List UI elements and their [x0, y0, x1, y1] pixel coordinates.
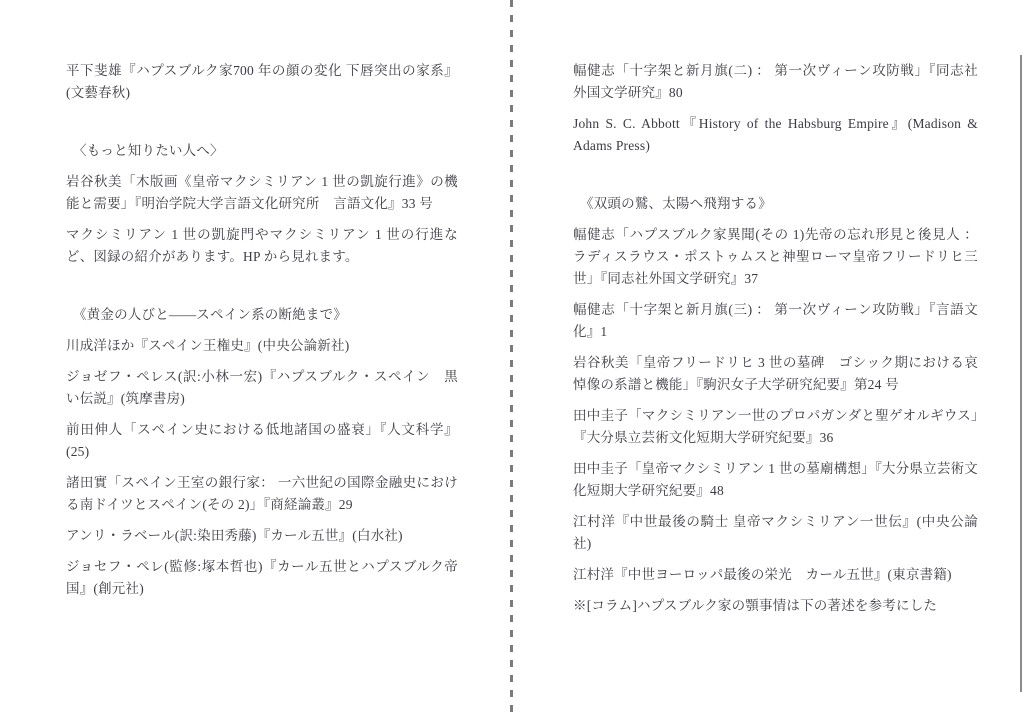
- bibliography-entry: 江村洋『中世最後の騎士 皇帝マクシミリアン一世伝』(中央公論社): [573, 511, 978, 555]
- bibliography-entry: 江村洋『中世ヨーロッパ最後の栄光 カール五世』(東京書籍): [573, 564, 978, 586]
- bibliography-entry: 幅健志「十字架と新月旗(二) ： 第一次ヴィーン攻防戦」『同志社外国文学研究』8…: [573, 60, 978, 104]
- bibliography-entry: 田中圭子「皇帝マクシミリアン 1 世の墓廟構想」『大分県立芸術文化短期大学研究紀…: [573, 458, 978, 502]
- bibliography-entry: 岩谷秋美「皇帝フリードリヒ 3 世の墓碑 ゴシック期における哀悼像の系譜と機能」…: [573, 352, 978, 396]
- bibliography-entry: 前田伸人「スペイン史における低地諸国の盛衰」『人文科学』(25): [66, 419, 458, 463]
- bibliography-entry: 川成洋ほか『スペイン王権史』(中央公論新社): [66, 335, 458, 357]
- page-divider-dashed-line: [510, 0, 513, 718]
- bibliography-entry: 幅健志「十字架と新月旗(三) ： 第一次ヴィーン攻防戦」『言語文化』1: [573, 299, 978, 343]
- section-heading: 《双頭の鷲、太陽へ飛翔する》: [573, 193, 978, 215]
- bibliography-entry: ※[コラム]ハプスブルク家の顎事情は下の著述を参考にした: [573, 595, 978, 617]
- bibliography-entry: 幅健志「ハプスブルク家異聞(その 1)先帝の忘れ形見と後見人 ： ラディスラウス…: [573, 224, 978, 290]
- bibliography-entry: ジョセフ・ペレ(監修:塚本哲也)『カール五世とハプスブルク帝国』(創元社): [66, 556, 458, 600]
- section-heading: 〈もっと知りたい人へ〉: [66, 140, 458, 162]
- bibliography-entry: ジョゼフ・ペレス(訳:小林一宏)『ハプスブルク・スペイン 黒い伝説』(筑摩書房): [66, 366, 458, 410]
- bibliography-entry: アンリ・ラベール(訳:染田秀藤)『カール五世』(白水社): [66, 525, 458, 547]
- bibliography-entry: マクシミリアン 1 世の凱旋門やマクシミリアン 1 世の行進など、図録の紹介があ…: [66, 224, 458, 268]
- document-page: 平下斐雄『ハプスブルク家700 年の顔の変化 下唇突出の家系』(文藝春秋)〈もっ…: [0, 0, 1024, 718]
- right-page-edge-line: [1020, 55, 1022, 692]
- section-heading: 《黄金の人びと――スペイン系の断絶まで》: [66, 304, 458, 326]
- bibliography-entry: 田中圭子「マクシミリアン一世のプロパガンダと聖ゲオルギウス」『大分県立芸術文化短…: [573, 405, 978, 449]
- bibliography-entry: 平下斐雄『ハプスブルク家700 年の顔の変化 下唇突出の家系』(文藝春秋): [66, 60, 458, 104]
- left-page-column: 平下斐雄『ハプスブルク家700 年の顔の変化 下唇突出の家系』(文藝春秋)〈もっ…: [66, 60, 458, 609]
- bibliography-entry: 諸田實「スペイン王室の銀行家： 一六世紀の国際金融史における南ドイツとスペイン(…: [66, 472, 458, 516]
- bibliography-entry: 岩谷秋美「木版画《皇帝マクシミリアン 1 世の凱旋行進》の機能と需要」『明治学院…: [66, 171, 458, 215]
- right-page-column: 幅健志「十字架と新月旗(二) ： 第一次ヴィーン攻防戦」『同志社外国文学研究』8…: [573, 60, 978, 626]
- bibliography-entry: John S. C. Abbott『History of the Habsbur…: [573, 113, 978, 157]
